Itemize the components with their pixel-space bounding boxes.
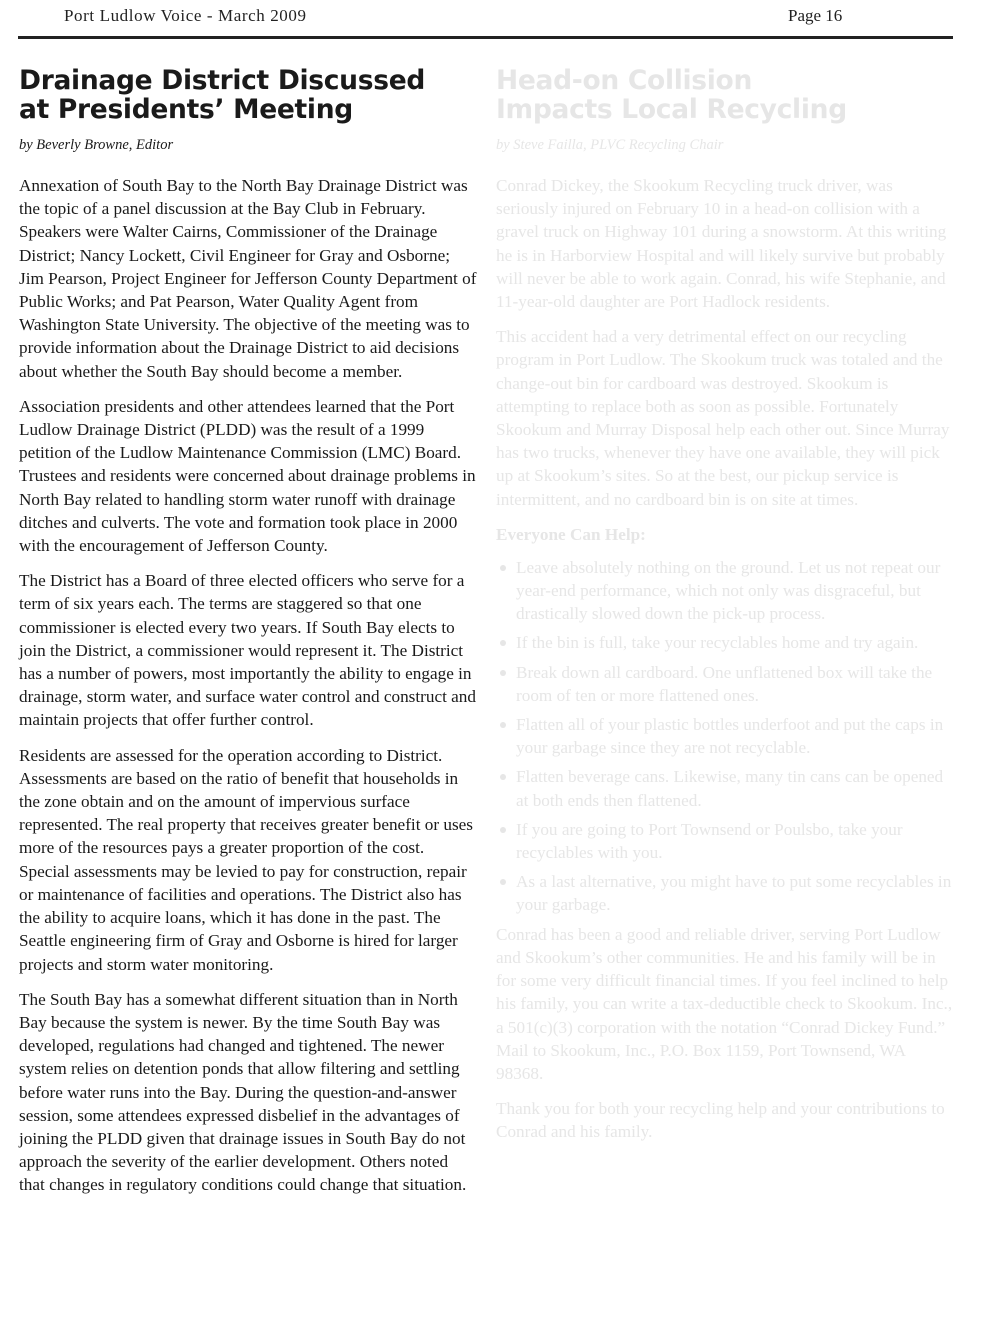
paragraph: This accident had a very detrimental eff… [496,325,954,511]
paragraph: Conrad has been a good and reliable driv… [496,923,954,1085]
article-drainage-district: Drainage District Discussed at President… [19,66,477,1209]
list-item: If the bin is full, take your recyclable… [496,631,954,654]
paragraph: Thank you for both your recycling help a… [496,1097,954,1143]
help-list: Leave absolutely nothing on the ground. … [496,556,954,917]
bullet-icon [500,774,506,780]
article-head-on-collision: Head-on Collision Impacts Local Recyclin… [496,66,954,1156]
headline-line-1: Head-on Collision [496,65,752,96]
publication-title: Port Ludlow Voice - March 2009 [64,6,307,26]
paragraph: Association presidents and other attende… [19,395,477,557]
bullet-icon [500,722,506,728]
headline-line-1: Drainage District Discussed [19,65,425,96]
article-body: Annexation of South Bay to the North Bay… [19,174,477,1197]
bullet-icon [500,565,506,571]
page-number: Page 16 [788,6,842,26]
page-header: Port Ludlow Voice - March 2009 Page 16 [0,0,999,40]
list-item: Break down all cardboard. One unflattene… [496,661,954,707]
bullet-icon [500,670,506,676]
list-item: As a last alternative, you might have to… [496,870,954,916]
paragraph: The District has a Board of three electe… [19,569,477,731]
article-byline: by Steve Failla, PLVC Recycling Chair [496,136,954,154]
bullet-icon [500,640,506,646]
header-divider [18,36,953,39]
paragraph: The South Bay has a somewhat different s… [19,988,477,1197]
article-body: Conrad Dickey, the Skookum Recycling tru… [496,174,954,1144]
bullet-icon [500,827,506,833]
list-item: Flatten all of your plastic bottles unde… [496,713,954,759]
paragraph: Conrad Dickey, the Skookum Recycling tru… [496,174,954,313]
list-item: If you are going to Port Townsend or Pou… [496,818,954,864]
paragraph: Residents are assessed for the operation… [19,744,477,976]
list-item: Leave absolutely nothing on the ground. … [496,556,954,626]
paragraph: Annexation of South Bay to the North Bay… [19,174,477,383]
section-subhead: Everyone Can Help: [496,523,954,546]
bullet-icon [500,879,506,885]
headline-line-2: at Presidents’ Meeting [19,94,353,125]
article-headline: Drainage District Discussed at President… [19,66,477,124]
article-byline: by Beverly Browne, Editor [19,136,477,154]
list-item: Flatten beverage cans. Likewise, many ti… [496,765,954,811]
article-headline: Head-on Collision Impacts Local Recyclin… [496,66,954,124]
headline-line-2: Impacts Local Recycling [496,94,847,125]
